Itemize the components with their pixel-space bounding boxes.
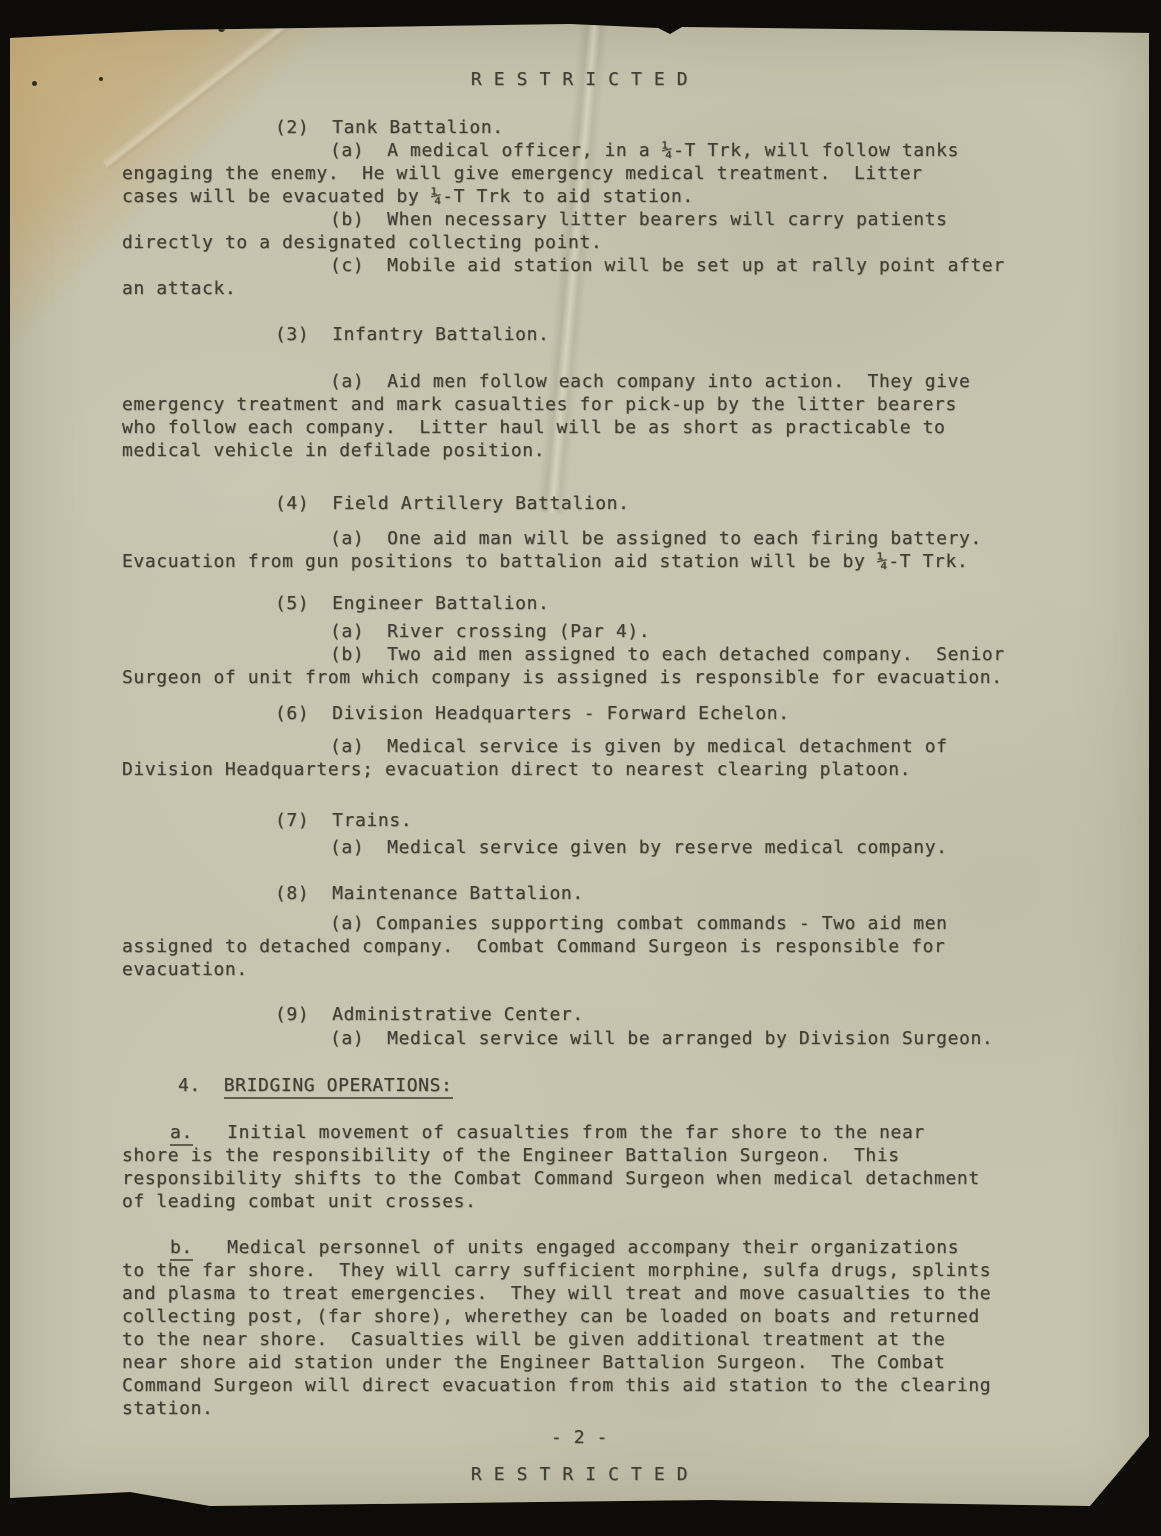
text-line: (9) Administrative Center. xyxy=(10,1003,1149,1026)
document-page: R E S T R I C T E D(2) Tank Battalion.(a… xyxy=(10,24,1149,1506)
text-line: (6) Division Headquarters - Forward Eche… xyxy=(10,702,1149,725)
text-line: a. Initial movement of casualties from t… xyxy=(10,1121,1149,1144)
text-line: near shore aid station under the Enginee… xyxy=(10,1351,1149,1374)
text-line: engaging the enemy. He will give emergen… xyxy=(10,162,1149,185)
text-line: b. Medical personnel of units engaged ac… xyxy=(10,1236,1149,1259)
text-line: assigned to detached company. Combat Com… xyxy=(10,935,1149,958)
text-line: (b) When necessary litter bearers will c… xyxy=(10,208,1149,231)
text-line: (4) Field Artillery Battalion. xyxy=(10,492,1149,515)
text-line: emergency treatment and mark casualties … xyxy=(10,393,1149,416)
text-line: (a) Aid men follow each company into act… xyxy=(10,370,1149,393)
text-line: Surgeon of unit from which company is as… xyxy=(10,666,1149,689)
text-line: and plasma to treat emergencies. They wi… xyxy=(10,1282,1149,1305)
text-line: an attack. xyxy=(10,277,1149,300)
text-line: Evacuation from gun positions to battali… xyxy=(10,550,1149,573)
text-line: (a) Medical service given by reserve med… xyxy=(10,836,1149,859)
text-line: (a) A medical officer, in a ¼-T Trk, wil… xyxy=(10,139,1149,162)
text-line: station. xyxy=(10,1397,1149,1420)
document-lines: R E S T R I C T E D(2) Tank Battalion.(a… xyxy=(10,24,1149,1506)
text-line: (7) Trains. xyxy=(10,809,1149,832)
text-line: to the near shore. Casualties will be gi… xyxy=(10,1328,1149,1351)
text-line: (3) Infantry Battalion. xyxy=(10,323,1149,346)
text-line: (c) Mobile aid station will be set up at… xyxy=(10,254,1149,277)
text-line: (2) Tank Battalion. xyxy=(10,116,1149,139)
text-line: (a) One aid man will be assigned to each… xyxy=(10,527,1149,550)
scan-background: R E S T R I C T E D(2) Tank Battalion.(a… xyxy=(0,0,1161,1536)
page-number: - 2 - xyxy=(10,1426,1149,1449)
text-line: of leading combat unit crosses. xyxy=(10,1190,1149,1213)
text-line: (a) Companies supporting combat commands… xyxy=(10,912,1149,935)
text-line: medical vehicle in defilade position. xyxy=(10,439,1149,462)
text-line: (a) River crossing (Par 4). xyxy=(10,620,1149,643)
text-line: Command Surgeon will direct evacuation f… xyxy=(10,1374,1149,1397)
text-line: 4. BRIDGING OPERATIONS: xyxy=(10,1074,1149,1097)
text-line: (a) Medical service is given by medical … xyxy=(10,735,1149,758)
text-line: responsibility shifts to the Combat Comm… xyxy=(10,1167,1149,1190)
text-line: (5) Engineer Battalion. xyxy=(10,592,1149,615)
text-line: Division Headquarters; evacuation direct… xyxy=(10,758,1149,781)
text-line: directly to a designated collecting poin… xyxy=(10,231,1149,254)
text-line: cases will be evacuated by ¼-T Trk to ai… xyxy=(10,185,1149,208)
text-line: (b) Two aid men assigned to each detache… xyxy=(10,643,1149,666)
text-line: collecting post, (far shore), wherethey … xyxy=(10,1305,1149,1328)
text-line: evacuation. xyxy=(10,958,1149,981)
text-line: shore is the responsibility of the Engin… xyxy=(10,1144,1149,1167)
classification-footer: R E S T R I C T E D xyxy=(10,1463,1149,1486)
text-line: (8) Maintenance Battalion. xyxy=(10,882,1149,905)
text-line: to the far shore. They will carry suffic… xyxy=(10,1259,1149,1282)
classification-header: R E S T R I C T E D xyxy=(10,68,1149,91)
text-line: (a) Medical service will be arranged by … xyxy=(10,1027,1149,1050)
text-line: who follow each company. Litter haul wil… xyxy=(10,416,1149,439)
